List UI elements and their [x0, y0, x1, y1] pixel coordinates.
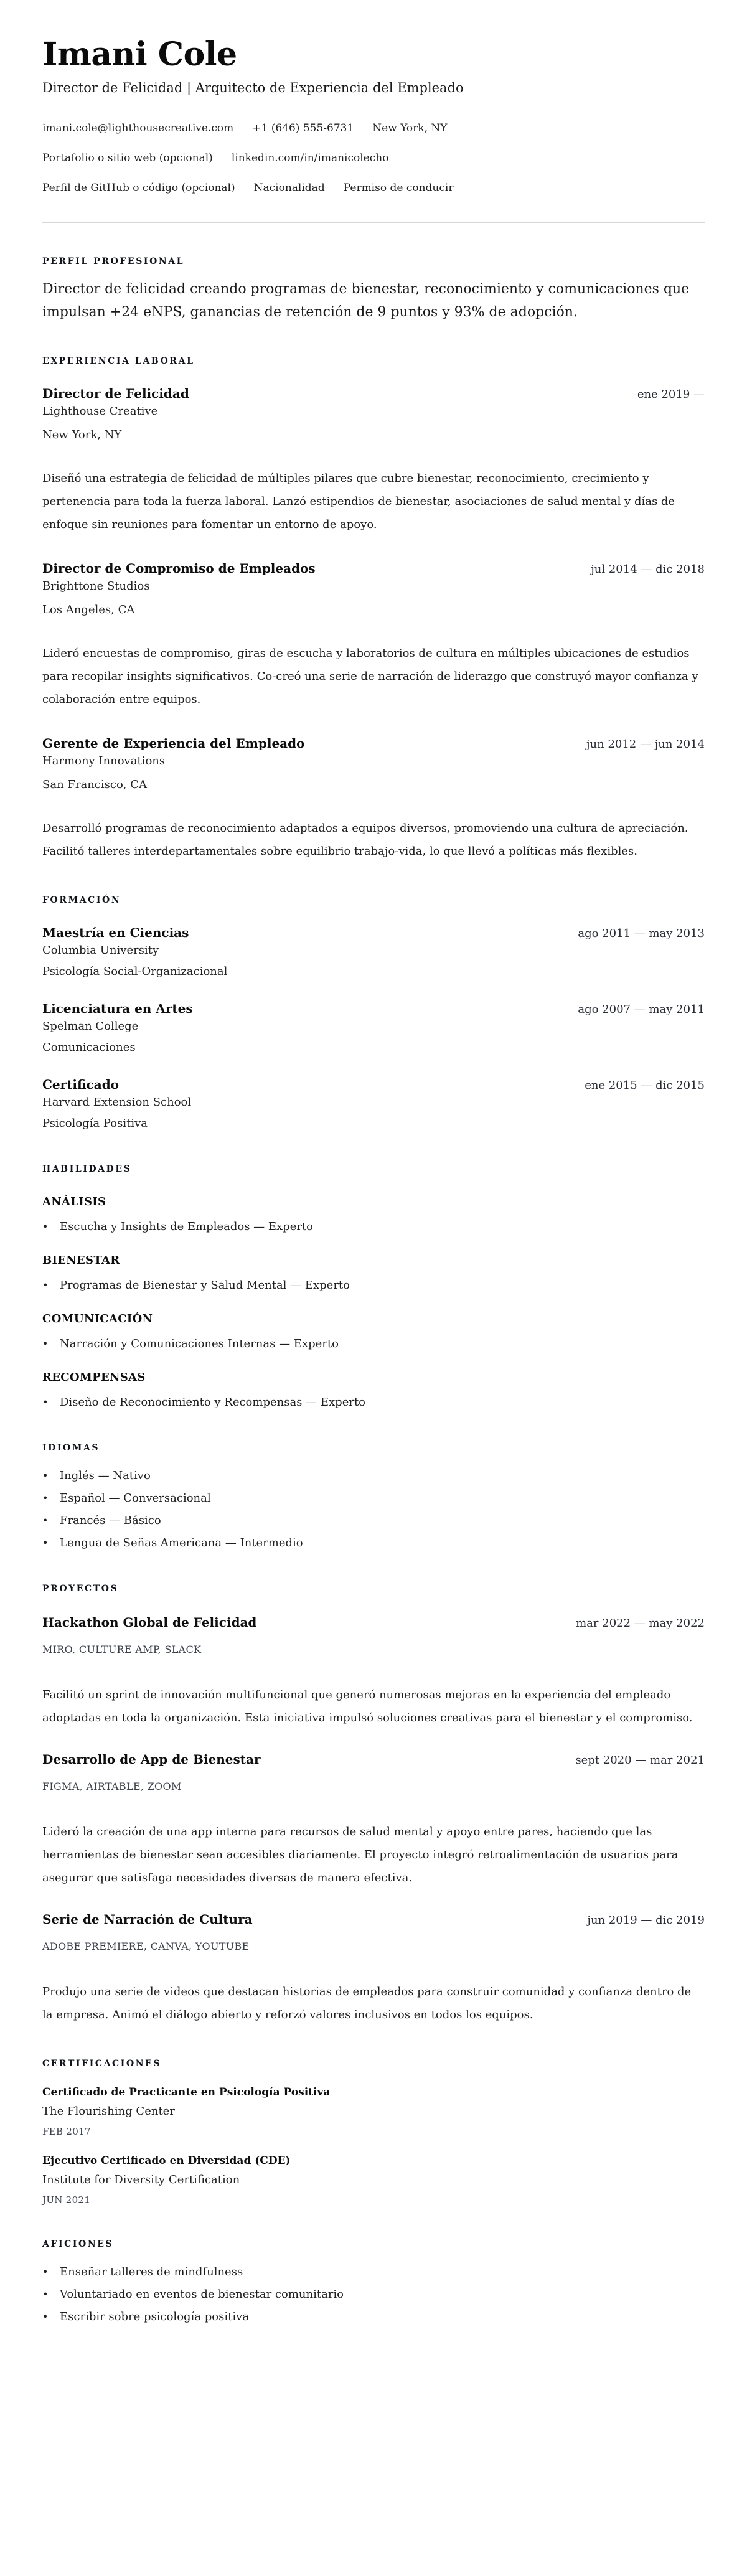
projects-section: Proyectos Hackathon Global de Felicidadm… — [42, 1582, 705, 2026]
project-entry: Hackathon Global de Felicidadmar 2022 — … — [42, 1614, 705, 1729]
entry-header: Maestría en Cienciasago 2011 — may 2013 — [42, 924, 705, 942]
job-title: Director de Compromiso de Empleados — [42, 560, 316, 577]
skill-category-title: COMUNICACIÓN — [42, 1311, 705, 1327]
skill-list: Programas de Bienestar y Salud Mental — … — [42, 1277, 705, 1294]
section-title: Idiomas — [42, 1442, 705, 1454]
skill-item: Escucha y Insights de Empleados — Expert… — [42, 1219, 705, 1235]
education-section: Formación Maestría en Cienciasago 2011 —… — [42, 894, 705, 1132]
certifications-section: Certificaciones Certificado de Practican… — [42, 2057, 705, 2207]
certification-issuer: Institute for Diversity Certification — [42, 2172, 705, 2188]
section-title: Certificaciones — [42, 2057, 705, 2070]
project-entry: Serie de Narración de Culturajun 2019 — … — [42, 1911, 705, 2026]
company-name: Brighttone Studios — [42, 578, 705, 595]
entry-header: Director de Compromiso de Empleadosjul 2… — [42, 560, 705, 578]
education-entry: Maestría en Cienciasago 2011 — may 2013C… — [42, 924, 705, 980]
entry-header: Certificadoene 2015 — dic 2015 — [42, 1076, 705, 1094]
section-title: Habilidades — [42, 1163, 705, 1175]
entry-header: Director de Felicidadene 2019 — — [42, 385, 705, 403]
resume-header: Imani Cole Director de Felicidad | Arqui… — [42, 35, 705, 195]
contact-row: Perfil de GitHub o código (opcional) Nac… — [42, 181, 705, 195]
job-description: Diseñó una estrategia de felicidad de mú… — [42, 467, 705, 536]
language-item: Inglés — Nativo — [42, 1468, 705, 1484]
project-dates: mar 2022 — may 2022 — [576, 1615, 705, 1632]
language-item: Español — Conversacional — [42, 1490, 705, 1507]
skill-category-title: BIENESTAR — [42, 1253, 705, 1269]
entry-header: Gerente de Experiencia del Empleadojun 2… — [42, 735, 705, 753]
summary-text: Director de felicidad creando programas … — [42, 278, 705, 324]
project-title: Serie de Narración de Cultura — [42, 1911, 253, 1928]
summary-section: Perfil profesional Director de felicidad… — [42, 255, 705, 324]
language-item: Francés — Básico — [42, 1513, 705, 1529]
hobbies-list: Enseñar talleres de mindfulnessVoluntari… — [42, 2264, 705, 2325]
certification-date: FEB 2017 — [42, 2125, 705, 2138]
skill-list: Escucha y Insights de Empleados — Expert… — [42, 1219, 705, 1235]
section-title: Formación — [42, 894, 705, 906]
job-dates: jun 2012 — jun 2014 — [586, 736, 705, 753]
project-tech-stack: MIRO, CULTURE AMP, SLACK — [42, 1642, 705, 1657]
header-divider — [42, 222, 705, 223]
field-of-study: Psicología Social-Organizacional — [42, 964, 705, 980]
contact-row: imani.cole@lighthousecreative.com +1 (64… — [42, 121, 705, 136]
experience-entry: Director de Compromiso de Empleadosjul 2… — [42, 560, 705, 711]
degree-title: Licenciatura en Artes — [42, 1000, 193, 1017]
languages-section: Idiomas Inglés — NativoEspañol — Convers… — [42, 1442, 705, 1551]
entry-header: Serie de Narración de Culturajun 2019 — … — [42, 1911, 705, 1929]
nationality-text: Nacionalidad — [254, 181, 325, 195]
experience-entry: Gerente de Experiencia del Empleadojun 2… — [42, 735, 705, 863]
degree-title: Maestría en Ciencias — [42, 924, 189, 941]
school-name: Columbia University — [42, 942, 705, 959]
education-dates: ago 2007 — may 2011 — [578, 1001, 705, 1018]
location-text: New York, NY — [372, 121, 447, 136]
project-dates: jun 2019 — dic 2019 — [587, 1912, 705, 1929]
entry-header: Licenciatura en Artesago 2007 — may 2011 — [42, 1000, 705, 1018]
certification-name: Certificado de Practicante en Psicología… — [42, 2085, 705, 2100]
field-of-study: Psicología Positiva — [42, 1116, 705, 1132]
skill-category-title: ANÁLISIS — [42, 1194, 705, 1210]
company-name: Harmony Innovations — [42, 753, 705, 769]
section-title: Proyectos — [42, 1582, 705, 1595]
github-link[interactable]: Perfil de GitHub o código (opcional) — [42, 181, 235, 195]
job-description: Lideró encuestas de compromiso, giras de… — [42, 642, 705, 711]
education-dates: ene 2015 — dic 2015 — [585, 1077, 705, 1094]
education-dates: ago 2011 — may 2013 — [578, 925, 705, 942]
section-title: Perfil profesional — [42, 255, 705, 268]
project-description: Facilitó un sprint de innovación multifu… — [42, 1683, 705, 1729]
certification-issuer: The Flourishing Center — [42, 2104, 705, 2120]
portfolio-link[interactable]: Portafolio o sitio web (opcional) — [42, 151, 213, 166]
skill-list: Diseño de Reconocimiento y Recompensas —… — [42, 1394, 705, 1411]
project-description: Produjo una serie de videos que destacan… — [42, 1980, 705, 2026]
phone-text[interactable]: +1 (646) 555-6731 — [252, 121, 354, 136]
skills-section: Habilidades ANÁLISISEscucha y Insights d… — [42, 1163, 705, 1411]
certification-entry: Ejecutivo Certificado en Diversidad (CDE… — [42, 2153, 705, 2207]
resume-page: Imani Cole Director de Felicidad | Arqui… — [0, 0, 747, 2325]
skill-item: Narración y Comunicaciones Internas — Ex… — [42, 1336, 705, 1352]
drivers-license-text: Permiso de conducir — [344, 181, 454, 195]
job-title: Director de Felicidad — [42, 385, 189, 402]
language-item: Lengua de Señas Americana — Intermedio — [42, 1535, 705, 1551]
experience-entry: Director de Felicidadene 2019 —Lighthous… — [42, 385, 705, 536]
job-location: San Francisco, CA — [42, 777, 705, 793]
hobbies-section: Aficiones Enseñar talleres de mindfulnes… — [42, 2238, 705, 2325]
certification-name: Ejecutivo Certificado en Diversidad (CDE… — [42, 2153, 705, 2168]
job-title: Gerente de Experiencia del Empleado — [42, 735, 304, 752]
project-title: Desarrollo de App de Bienestar — [42, 1751, 260, 1768]
project-entry: Desarrollo de App de Bienestarsept 2020 … — [42, 1751, 705, 1889]
hobby-item: Voluntariado en eventos de bienestar com… — [42, 2287, 705, 2303]
candidate-headline: Director de Felicidad | Arquitecto de Ex… — [42, 78, 705, 97]
skill-category-title: RECOMPENSAS — [42, 1370, 705, 1386]
hobby-item: Escribir sobre psicología positiva — [42, 2309, 705, 2325]
project-description: Lideró la creación de una app interna pa… — [42, 1820, 705, 1889]
hobby-item: Enseñar talleres de mindfulness — [42, 2264, 705, 2280]
education-entry: Certificadoene 2015 — dic 2015Harvard Ex… — [42, 1076, 705, 1132]
contact-row: Portafolio o sitio web (opcional) linked… — [42, 151, 705, 166]
degree-title: Certificado — [42, 1076, 119, 1093]
job-dates: ene 2019 — — [637, 386, 705, 403]
project-dates: sept 2020 — mar 2021 — [575, 1752, 705, 1769]
experience-section: Experiencia laboral Director de Felicida… — [42, 355, 705, 863]
skill-item: Diseño de Reconocimiento y Recompensas —… — [42, 1394, 705, 1411]
job-location: New York, NY — [42, 427, 705, 443]
education-entry: Licenciatura en Artesago 2007 — may 2011… — [42, 1000, 705, 1056]
field-of-study: Comunicaciones — [42, 1040, 705, 1056]
section-title: Experiencia laboral — [42, 355, 705, 367]
project-tech-stack: FIGMA, AIRTABLE, ZOOM — [42, 1779, 705, 1794]
languages-list: Inglés — NativoEspañol — ConversacionalF… — [42, 1468, 705, 1551]
project-tech-stack: ADOBE PREMIERE, CANVA, YOUTUBE — [42, 1939, 705, 1954]
job-description: Desarrolló programas de reconocimiento a… — [42, 817, 705, 863]
job-location: Los Angeles, CA — [42, 602, 705, 618]
certification-date: JUN 2021 — [42, 2193, 705, 2207]
school-name: Harvard Extension School — [42, 1094, 705, 1111]
skill-list: Narración y Comunicaciones Internas — Ex… — [42, 1336, 705, 1352]
email-link[interactable]: imani.cole@lighthousecreative.com — [42, 121, 233, 136]
certification-entry: Certificado de Practicante en Psicología… — [42, 2085, 705, 2138]
entry-header: Hackathon Global de Felicidadmar 2022 — … — [42, 1614, 705, 1632]
skill-item: Programas de Bienestar y Salud Mental — … — [42, 1277, 705, 1294]
project-title: Hackathon Global de Felicidad — [42, 1614, 256, 1631]
job-dates: jul 2014 — dic 2018 — [591, 561, 705, 578]
school-name: Spelman College — [42, 1018, 705, 1035]
section-title: Aficiones — [42, 2238, 705, 2250]
company-name: Lighthouse Creative — [42, 403, 705, 420]
linkedin-link[interactable]: linkedin.com/in/imanicolecho — [232, 151, 389, 166]
candidate-name: Imani Cole — [42, 35, 705, 75]
entry-header: Desarrollo de App de Bienestarsept 2020 … — [42, 1751, 705, 1769]
